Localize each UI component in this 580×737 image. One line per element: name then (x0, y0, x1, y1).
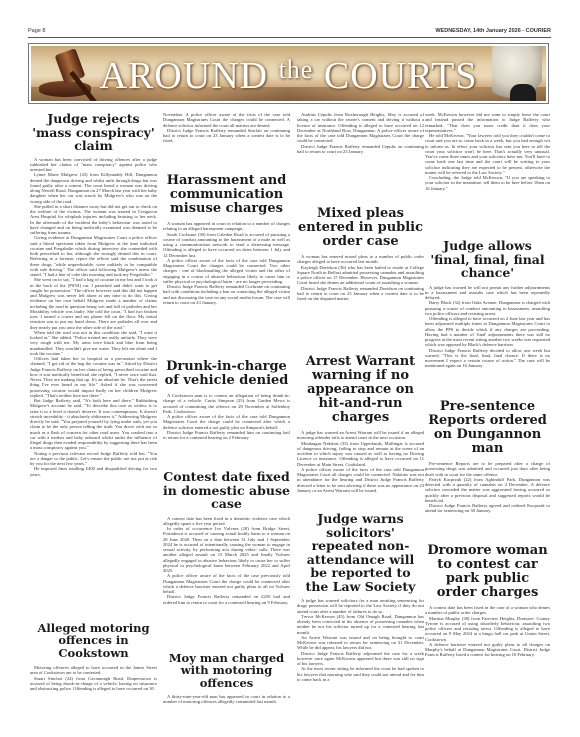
paragraph: A judge has warned he will not permit an… (425, 285, 550, 301)
paragraph: District Judge Francis Rafferty adjourne… (297, 651, 424, 667)
paragraph: District Judge Francis Rafferty remanded… (163, 430, 290, 441)
article-moy-continued: Audrius Cepulis from Roxborough Heights,… (297, 112, 424, 154)
paragraph: Mindaugas Naktinis (33) from Upperlands,… (297, 441, 424, 467)
paragraph: A defence barrister entered not guilty p… (425, 642, 550, 658)
section-banner: AROUND the COURTS (28, 43, 549, 104)
paragraph: A woman has appeared in court in relatio… (163, 221, 290, 232)
paragraph: Concluding, the Judge told McKeown, "If … (425, 175, 550, 191)
paragraph: A police officer aware of the facts of t… (297, 467, 424, 493)
paragraph: Noting a previous relevant record Judge … (30, 451, 157, 467)
paragraph: District Judge Francis Rafferty decided … (425, 348, 550, 369)
article-cookstown-continued: November. A police officer aware of the … (163, 112, 290, 144)
headline: Alleged motoring offences in Cookstown (30, 622, 157, 659)
paragraph: A contest date has been fixed in a domes… (163, 516, 290, 527)
paragraph: Kayleigh Davidson (36) who has been bail… (297, 265, 424, 286)
paragraph: Officers had taken her to hospital as a … (30, 356, 157, 398)
headline: Pre-sentence Reports ordered on Dunganno… (425, 400, 550, 456)
article-law-society: Judge warns solicitors' repeated non-att… (297, 512, 424, 682)
paragraph: District Judge Francis Rafferty remanded… (163, 128, 290, 144)
headline: Contest date fixed in domestic abuse cas… (163, 470, 290, 511)
paragraph: Martina Murphy (38) from Fairview Height… (425, 616, 550, 642)
paragraph: A judge has warned an Arrest Warrant wil… (297, 430, 424, 441)
paragraph: Trevor McKeown (45) from Old Omagh Road,… (297, 614, 424, 635)
paragraph: A police officer aware of the facts of t… (163, 258, 290, 284)
paragraph: District Judge Francis Rafferty agreed a… (425, 503, 550, 514)
paragraph: Barry Black (32) from Oaks Avenue, Dunga… (425, 300, 550, 316)
page-masthead: Page 8 WEDNESDAY, 14th January 2026 - CO… (28, 28, 551, 38)
paragraph: A woman has entered mixed pleas to a num… (297, 254, 424, 265)
paragraph: Offending is alleged to have occurred on… (425, 316, 550, 348)
section-title: AROUND the COURTS (31, 54, 546, 98)
paragraph: A Cookstown man is to contest an allegat… (163, 393, 290, 414)
article-pre-sentence: Pre-sentence Reports ordered on Dunganno… (425, 400, 550, 514)
paragraph: A contest date has been fixed in the cas… (425, 605, 550, 616)
headline: Mixed pleas entered in public order case (297, 207, 424, 249)
article-law-society-continued: week. McKeown however did not want to si… (425, 112, 550, 191)
paragraph: In order of occurrence Ivo Vulvaes (28) … (163, 526, 290, 573)
headline: Drunk-in-charge of vehicle denied (163, 360, 290, 388)
article-arrest-warrant: Arrest Warrant warning if no appearance … (297, 355, 424, 493)
article-drunk-in-charge: Drunk-in-charge of vehicle denied A Cook… (163, 360, 290, 440)
headline: Harassment and communication misuse char… (163, 174, 290, 216)
headline: Judge allows 'final, final, final chance… (425, 239, 550, 280)
article-final-chance: Judge allows 'final, final, final chance… (425, 239, 550, 369)
paragraph: District Judge Francis Rafferty remanded… (297, 144, 424, 155)
page-number: Page 8 (28, 28, 45, 34)
paragraph: A woman has been convicted of driving of… (30, 157, 157, 173)
paragraph: A police officer aware of the facts of t… (163, 573, 290, 594)
paragraph: He told McKeown, "Your lawyers told you … (425, 133, 550, 175)
headline: Moy man charged with motoring offences (163, 652, 290, 689)
paragraph: When told the road was not in this condi… (30, 330, 157, 356)
paragraph: Pre-sentence Reports are to be prepared … (425, 461, 550, 477)
paragraph: Audrius Cepulis from Roxborough Heights,… (297, 112, 424, 144)
paragraph: Patryk Kacprzak (22) from Aghinduff Park… (425, 477, 550, 503)
paragraph: November. A police officer aware of the … (163, 112, 290, 128)
paragraph: A police officer aware of the facts of t… (163, 414, 290, 430)
paragraph: She went on to say, "I had a bag of coca… (30, 277, 157, 330)
paragraph: week. McKeown however did not want to si… (425, 112, 550, 133)
article-domestic-abuse: Contest date fixed in domestic abuse cas… (163, 470, 290, 605)
headline: Arrest Warrant warning if no appearance … (297, 355, 424, 425)
article-mass-conspiracy: Judge rejects 'mass conspiracy' claim A … (30, 112, 157, 477)
paragraph: Sarah Cochrane (30) from Caledon Road is… (163, 232, 290, 258)
paragraph: Giving evidence at Dungannon Magistrates… (30, 235, 157, 277)
paragraph: District Judge Francis Rafferty remanded… (163, 284, 290, 305)
paragraph: She pulled in a short distance away but … (30, 204, 157, 236)
headline: Judge warns solicitors' repeated non-att… (297, 512, 424, 593)
paragraph: But Judge Rafferty said, "It's both here… (30, 398, 157, 451)
paragraph: He imposed fines totalling £400 and disq… (30, 466, 157, 477)
article-mixed-pleas: Mixed pleas entered in public order case… (297, 207, 424, 301)
article-dromore: Dromore woman to contest car park public… (425, 544, 550, 658)
issue-date: WEDNESDAY, 14th January 2026 - COURIER (435, 28, 551, 34)
paragraph: At the most recent sitting he informed t… (297, 666, 424, 682)
paragraph: A judge has warned solicitors for a man … (297, 598, 424, 614)
article-cookstown-motoring: Alleged motoring offences in Cookstown M… (30, 622, 157, 691)
paragraph: A thirty-nine-year-old man has appeared … (163, 694, 290, 705)
paragraph: Motoring offences alleged to have occurr… (30, 665, 157, 676)
article-harassment: Harassment and communication misuse char… (163, 174, 290, 305)
paragraph: District Judge Francis Rafferty remanded… (163, 594, 290, 605)
headline: Judge rejects 'mass conspiracy' claim (30, 112, 157, 153)
article-moy-man: Moy man charged with motoring offences A… (163, 652, 290, 705)
paragraph: Stuart Sinclair (24) from Cavanreagh Roa… (30, 676, 157, 692)
paragraph: An Arrest Warrant was issued and on bein… (297, 635, 424, 651)
paragraph: Lynne Marie Mulgrew (43) from Killymaddy… (30, 172, 157, 204)
paragraph: District Judge Francis Rafferty remanded… (297, 286, 424, 302)
headline: Dromore woman to contest car park public… (425, 544, 550, 600)
